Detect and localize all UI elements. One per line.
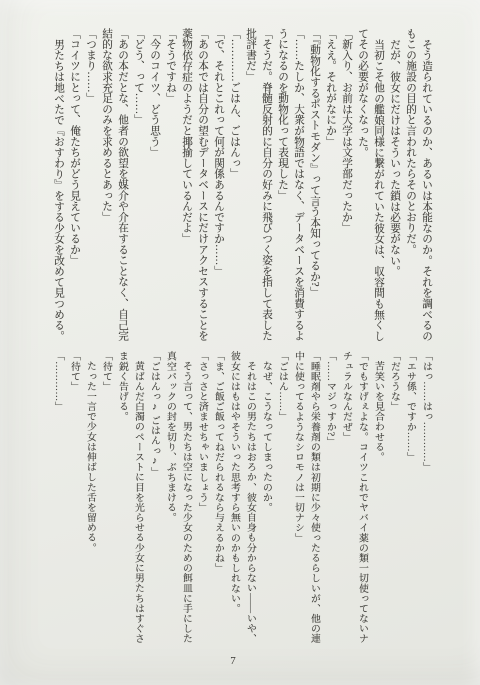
paragraph: 「コイツにとって、俺たちがどう見えているか」 [66, 28, 82, 348]
paragraph: 「あの本だとな、他者の欲望を媒介や介在することなく、自己完結的な欲求充足のみを求… [98, 28, 130, 348]
paragraph: そう言って、男たちは空になった少女のための餌皿に手にした真空パックの封を切り、ぶ… [162, 351, 194, 650]
paragraph: 「そうですね」 [162, 28, 178, 348]
paragraph: 「睡眠剤やら栄養剤の類は初期に少々使ったるらしいが、他の連中に使ってるようなシロ… [290, 351, 322, 650]
paragraph: 「はっ……はっ…………」 [418, 351, 434, 650]
paragraph: 黄ばんだ白濁のペーストに目を光らせる少女に男たちはすぐさま鋭く告げる。 [114, 351, 146, 650]
paragraph: 「今のコイツ、どう思う」 [146, 28, 162, 348]
paragraph: 「ええ。それがなにか」 [322, 28, 338, 348]
paragraph: 「新入り、お前は大学は文学部だったか」 [338, 28, 354, 348]
paragraph: だが、彼女にだけはそういった鎖は必要がない。 [386, 28, 402, 348]
paragraph: 「で、それとこれって何が関係あるんですか……」 [210, 28, 226, 348]
paragraph: 「……マジっすか?」 [322, 351, 338, 650]
paragraph: そう造られているのか、あるいは本能なのか。それを調べるのもこの施設の目的と言われ… [402, 28, 434, 348]
paragraph: 「ごはんっ♪ ごはんっ♪」 [146, 351, 162, 650]
paragraph: 「エサ係、ですか……」 [402, 351, 418, 650]
book-page: そう造られているのか、あるいは本能なのか。それを調べるのもこの施設の目的と言われ… [0, 0, 480, 685]
paragraph: 「…………」 [50, 351, 66, 650]
paragraph: 「でもすげぇよな。コイツこれでヤバイ薬の類一切使ってないナチュラルなんだぜ」 [338, 351, 370, 650]
paragraph: なぜ、こうなってしまったのか。 [258, 351, 274, 650]
page-number: 7 [0, 655, 466, 667]
paragraph: 「そうだ。脊髄反射的に自分の好みに飛びつく姿を指して表した批評書だ」 [242, 28, 274, 348]
paragraph: 「待て」 [98, 351, 114, 650]
paragraph: 「さっさと済ませちゃいましょう」 [194, 351, 210, 650]
paragraph: 「『動物化するポストモダン』って言う本知ってるか?」 [306, 28, 322, 348]
paragraph: 「…………ごはん、ごはんっ」 [226, 28, 242, 348]
paragraph: 苦笑いを見合わせる。 [370, 351, 386, 650]
paragraph: 「ま、ご飯ご飯ってねだられるなら与えるかね」 [210, 351, 226, 650]
paragraph: 「あの本では自分の望むデータベースにだけアクセスすることを薬物依存症のようだと揶… [178, 28, 210, 348]
paragraph: 当初こそ他の艦娘同様に繋がれていた彼女は、収容間も無くしてその必要がなくなった。 [354, 28, 386, 348]
paragraph: 男たちは地べたで『おすわり』をする少女を改めて見つめる。 [50, 28, 66, 348]
text-band-top: そう造られているのか、あるいは本能なのか。それを調べるのもこの施設の目的と言われ… [50, 28, 434, 348]
paragraph: たった一言で少女は伸ばした舌を留める。 [82, 351, 98, 650]
paragraph: それはこの男たちはおろか、彼女自身も分からない――いや、彼女にはもはやそういった… [226, 351, 258, 650]
paragraph: 「ごはん……」 [274, 351, 290, 650]
paragraph: 「つまり……」 [82, 28, 98, 348]
paragraph: 「……たしか、大衆が物語ではなく、データベースを消費するようになるのを動物化って… [274, 28, 306, 348]
paragraph: 「どう、って……」 [130, 28, 146, 348]
paragraph: 「だろうな」 [386, 351, 402, 650]
text-band-bottom: 「はっ……はっ…………」「エサ係、ですか……」「だろうな」苦笑いを見合わせる。「… [50, 351, 434, 650]
paragraph: 「待て」 [66, 351, 82, 650]
